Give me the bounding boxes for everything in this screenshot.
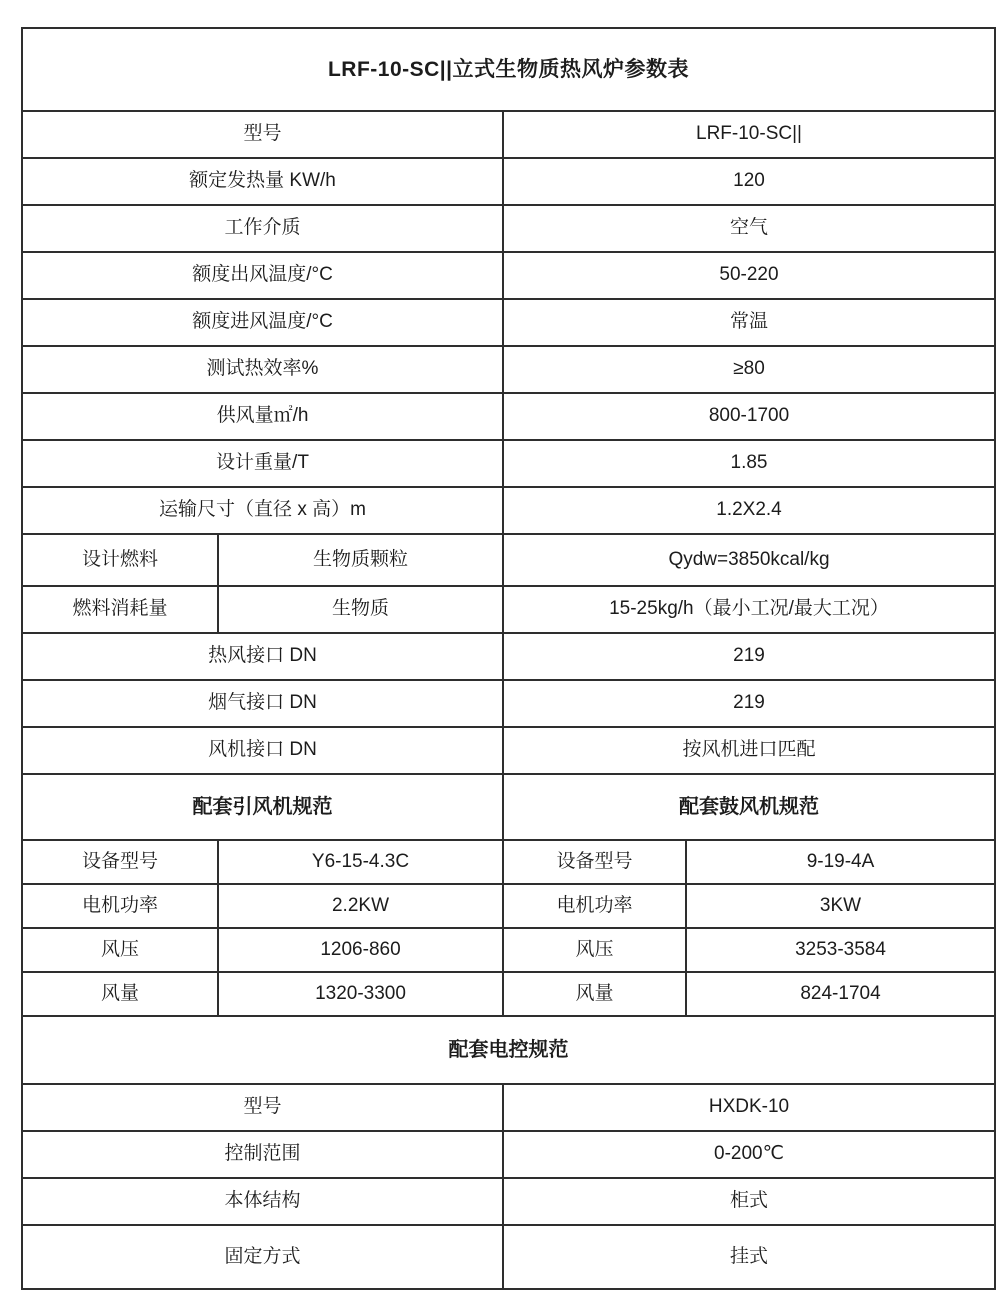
fan-right-value: 824-1704 xyxy=(687,973,994,1015)
row-value: ≥80 xyxy=(504,347,994,392)
fan-right-label: 电机功率 xyxy=(504,885,687,927)
fan-left-label: 风量 xyxy=(23,973,219,1015)
row-value: 219 xyxy=(504,634,994,679)
fan-right-value: 3253-3584 xyxy=(687,929,994,971)
row-label: 热风接口 DN xyxy=(23,634,504,679)
row-label: 额度进风温度/°C xyxy=(23,300,504,345)
row-value: 空气 xyxy=(504,206,994,251)
induced-fan-section-header: 配套引风机规范 xyxy=(23,775,504,839)
electric-section-header-row: 配套电控规范 xyxy=(23,1017,994,1085)
row-value: 219 xyxy=(504,681,994,726)
row-value: LRF-10-SC|| xyxy=(504,112,994,157)
table-row-fan-port: 风机接口 DN 按风机进口匹配 xyxy=(23,728,994,775)
row-sublabel: 生物质颗粒 xyxy=(219,535,504,585)
row-label: 型号 xyxy=(23,112,504,157)
row-value: 按风机进口匹配 xyxy=(504,728,994,773)
table-row-design-fuel: 设计燃料 生物质颗粒 Qydw=3850kcal/kg xyxy=(23,535,994,587)
row-label: 运输尺寸（直径 x 高）m xyxy=(23,488,504,533)
electric-row-body-structure: 本体结构 柜式 xyxy=(23,1179,994,1226)
row-label: 烟气接口 DN xyxy=(23,681,504,726)
table-title-row: LRF-10-SC||立式生物质热风炉参数表 xyxy=(23,29,994,112)
row-label: 额定发热量 KW/h xyxy=(23,159,504,204)
page-title: LRF-10-SC||立式生物质热风炉参数表 xyxy=(23,29,994,110)
row-value: 1.85 xyxy=(504,441,994,486)
fan-section-header-row: 配套引风机规范 配套鼓风机规范 xyxy=(23,775,994,841)
row-value: 800-1700 xyxy=(504,394,994,439)
blower-fan-section-header: 配套鼓风机规范 xyxy=(504,775,994,839)
row-label: 型号 xyxy=(23,1085,504,1130)
fan-left-label: 电机功率 xyxy=(23,885,219,927)
table-row-air-supply: 供风量㎡/h 800-1700 xyxy=(23,394,994,441)
table-row-inlet-temp: 额度进风温度/°C 常温 xyxy=(23,300,994,347)
row-value: 120 xyxy=(504,159,994,204)
row-label: 测试热效率% xyxy=(23,347,504,392)
row-label: 燃料消耗量 xyxy=(23,587,219,632)
table-row-transport-size: 运输尺寸（直径 x 高）m 1.2X2.4 xyxy=(23,488,994,535)
row-value: HXDK-10 xyxy=(504,1085,994,1130)
fan-left-value: Y6-15-4.3C xyxy=(219,841,504,883)
row-label: 供风量㎡/h xyxy=(23,394,504,439)
fan-right-label: 风量 xyxy=(504,973,687,1015)
electric-section-header: 配套电控规范 xyxy=(23,1017,994,1083)
row-value: 柜式 xyxy=(504,1179,994,1224)
table-row-model: 型号 LRF-10-SC|| xyxy=(23,112,994,159)
fan-row-wind-pressure: 风压 1206-860 风压 3253-3584 xyxy=(23,929,994,973)
fan-left-value: 1320-3300 xyxy=(219,973,504,1015)
row-label: 本体结构 xyxy=(23,1179,504,1224)
fan-left-label: 风压 xyxy=(23,929,219,971)
row-value: 常温 xyxy=(504,300,994,345)
table-row-outlet-temp: 额度出风温度/°C 50-220 xyxy=(23,253,994,300)
row-value: Qydw=3850kcal/kg xyxy=(504,535,994,585)
row-label: 设计重量/T xyxy=(23,441,504,486)
fan-right-label: 风压 xyxy=(504,929,687,971)
electric-row-mounting: 固定方式 挂式 xyxy=(23,1226,994,1288)
fan-left-value: 2.2KW xyxy=(219,885,504,927)
row-label: 工作介质 xyxy=(23,206,504,251)
spec-table: LRF-10-SC||立式生物质热风炉参数表 型号 LRF-10-SC|| 额定… xyxy=(21,27,996,1290)
fan-right-label: 设备型号 xyxy=(504,841,687,883)
electric-row-model: 型号 HXDK-10 xyxy=(23,1085,994,1132)
table-row-design-weight: 设计重量/T 1.85 xyxy=(23,441,994,488)
fan-row-air-volume: 风量 1320-3300 风量 824-1704 xyxy=(23,973,994,1017)
row-label: 额度出风温度/°C xyxy=(23,253,504,298)
table-row-working-medium: 工作介质 空气 xyxy=(23,206,994,253)
row-sublabel: 生物质 xyxy=(219,587,504,632)
table-row-thermal-efficiency: 测试热效率% ≥80 xyxy=(23,347,994,394)
row-value: 50-220 xyxy=(504,253,994,298)
fan-left-label: 设备型号 xyxy=(23,841,219,883)
row-label: 风机接口 DN xyxy=(23,728,504,773)
fan-row-motor-power: 电机功率 2.2KW 电机功率 3KW xyxy=(23,885,994,929)
fan-left-value: 1206-860 xyxy=(219,929,504,971)
fan-right-value: 3KW xyxy=(687,885,994,927)
row-value: 0-200℃ xyxy=(504,1132,994,1177)
fan-row-device-model: 设备型号 Y6-15-4.3C 设备型号 9-19-4A xyxy=(23,841,994,885)
row-value: 1.2X2.4 xyxy=(504,488,994,533)
table-row-flue-gas-port: 烟气接口 DN 219 xyxy=(23,681,994,728)
table-row-rated-heat: 额定发热量 KW/h 120 xyxy=(23,159,994,206)
row-label: 固定方式 xyxy=(23,1226,504,1288)
row-value: 15-25kg/h（最小工况/最大工况） xyxy=(504,587,994,632)
electric-row-control-range: 控制范围 0-200℃ xyxy=(23,1132,994,1179)
table-row-hot-air-port: 热风接口 DN 219 xyxy=(23,634,994,681)
row-label: 控制范围 xyxy=(23,1132,504,1177)
row-value: 挂式 xyxy=(504,1226,994,1288)
row-label: 设计燃料 xyxy=(23,535,219,585)
table-row-fuel-consumption: 燃料消耗量 生物质 15-25kg/h（最小工况/最大工况） xyxy=(23,587,994,634)
fan-right-value: 9-19-4A xyxy=(687,841,994,883)
